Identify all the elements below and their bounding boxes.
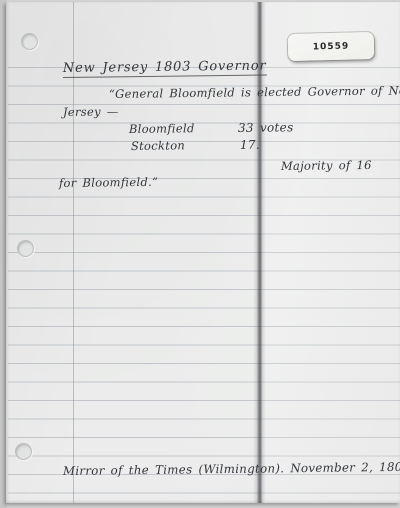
- catalog-number-sticker: 10559: [288, 32, 375, 61]
- majority-note: Majority of 16: [281, 158, 372, 173]
- punch-hole-top: [21, 33, 38, 50]
- catalog-number: 10559: [313, 41, 350, 52]
- page-right-tint: [262, 2, 400, 503]
- candidate-name: Bloomfield: [129, 121, 195, 136]
- candidate-name: Stockton: [131, 138, 185, 153]
- punch-hole-bottom: [15, 443, 32, 460]
- quote-line-2: Jersey —: [63, 104, 119, 119]
- binding-crease: [253, 2, 266, 503]
- note-title: New Jersey 1803 Governor: [63, 59, 267, 78]
- vote-count: 17.: [240, 138, 260, 152]
- vote-count: 33 votes: [238, 120, 294, 135]
- closing-line: for Bloomfield.”: [59, 175, 158, 190]
- notebook-page: 10559 New Jersey 1803 Governor “General …: [6, 2, 400, 503]
- scanned-document: 10559 New Jersey 1803 Governor “General …: [0, 0, 400, 508]
- punch-hole-middle: [17, 240, 34, 257]
